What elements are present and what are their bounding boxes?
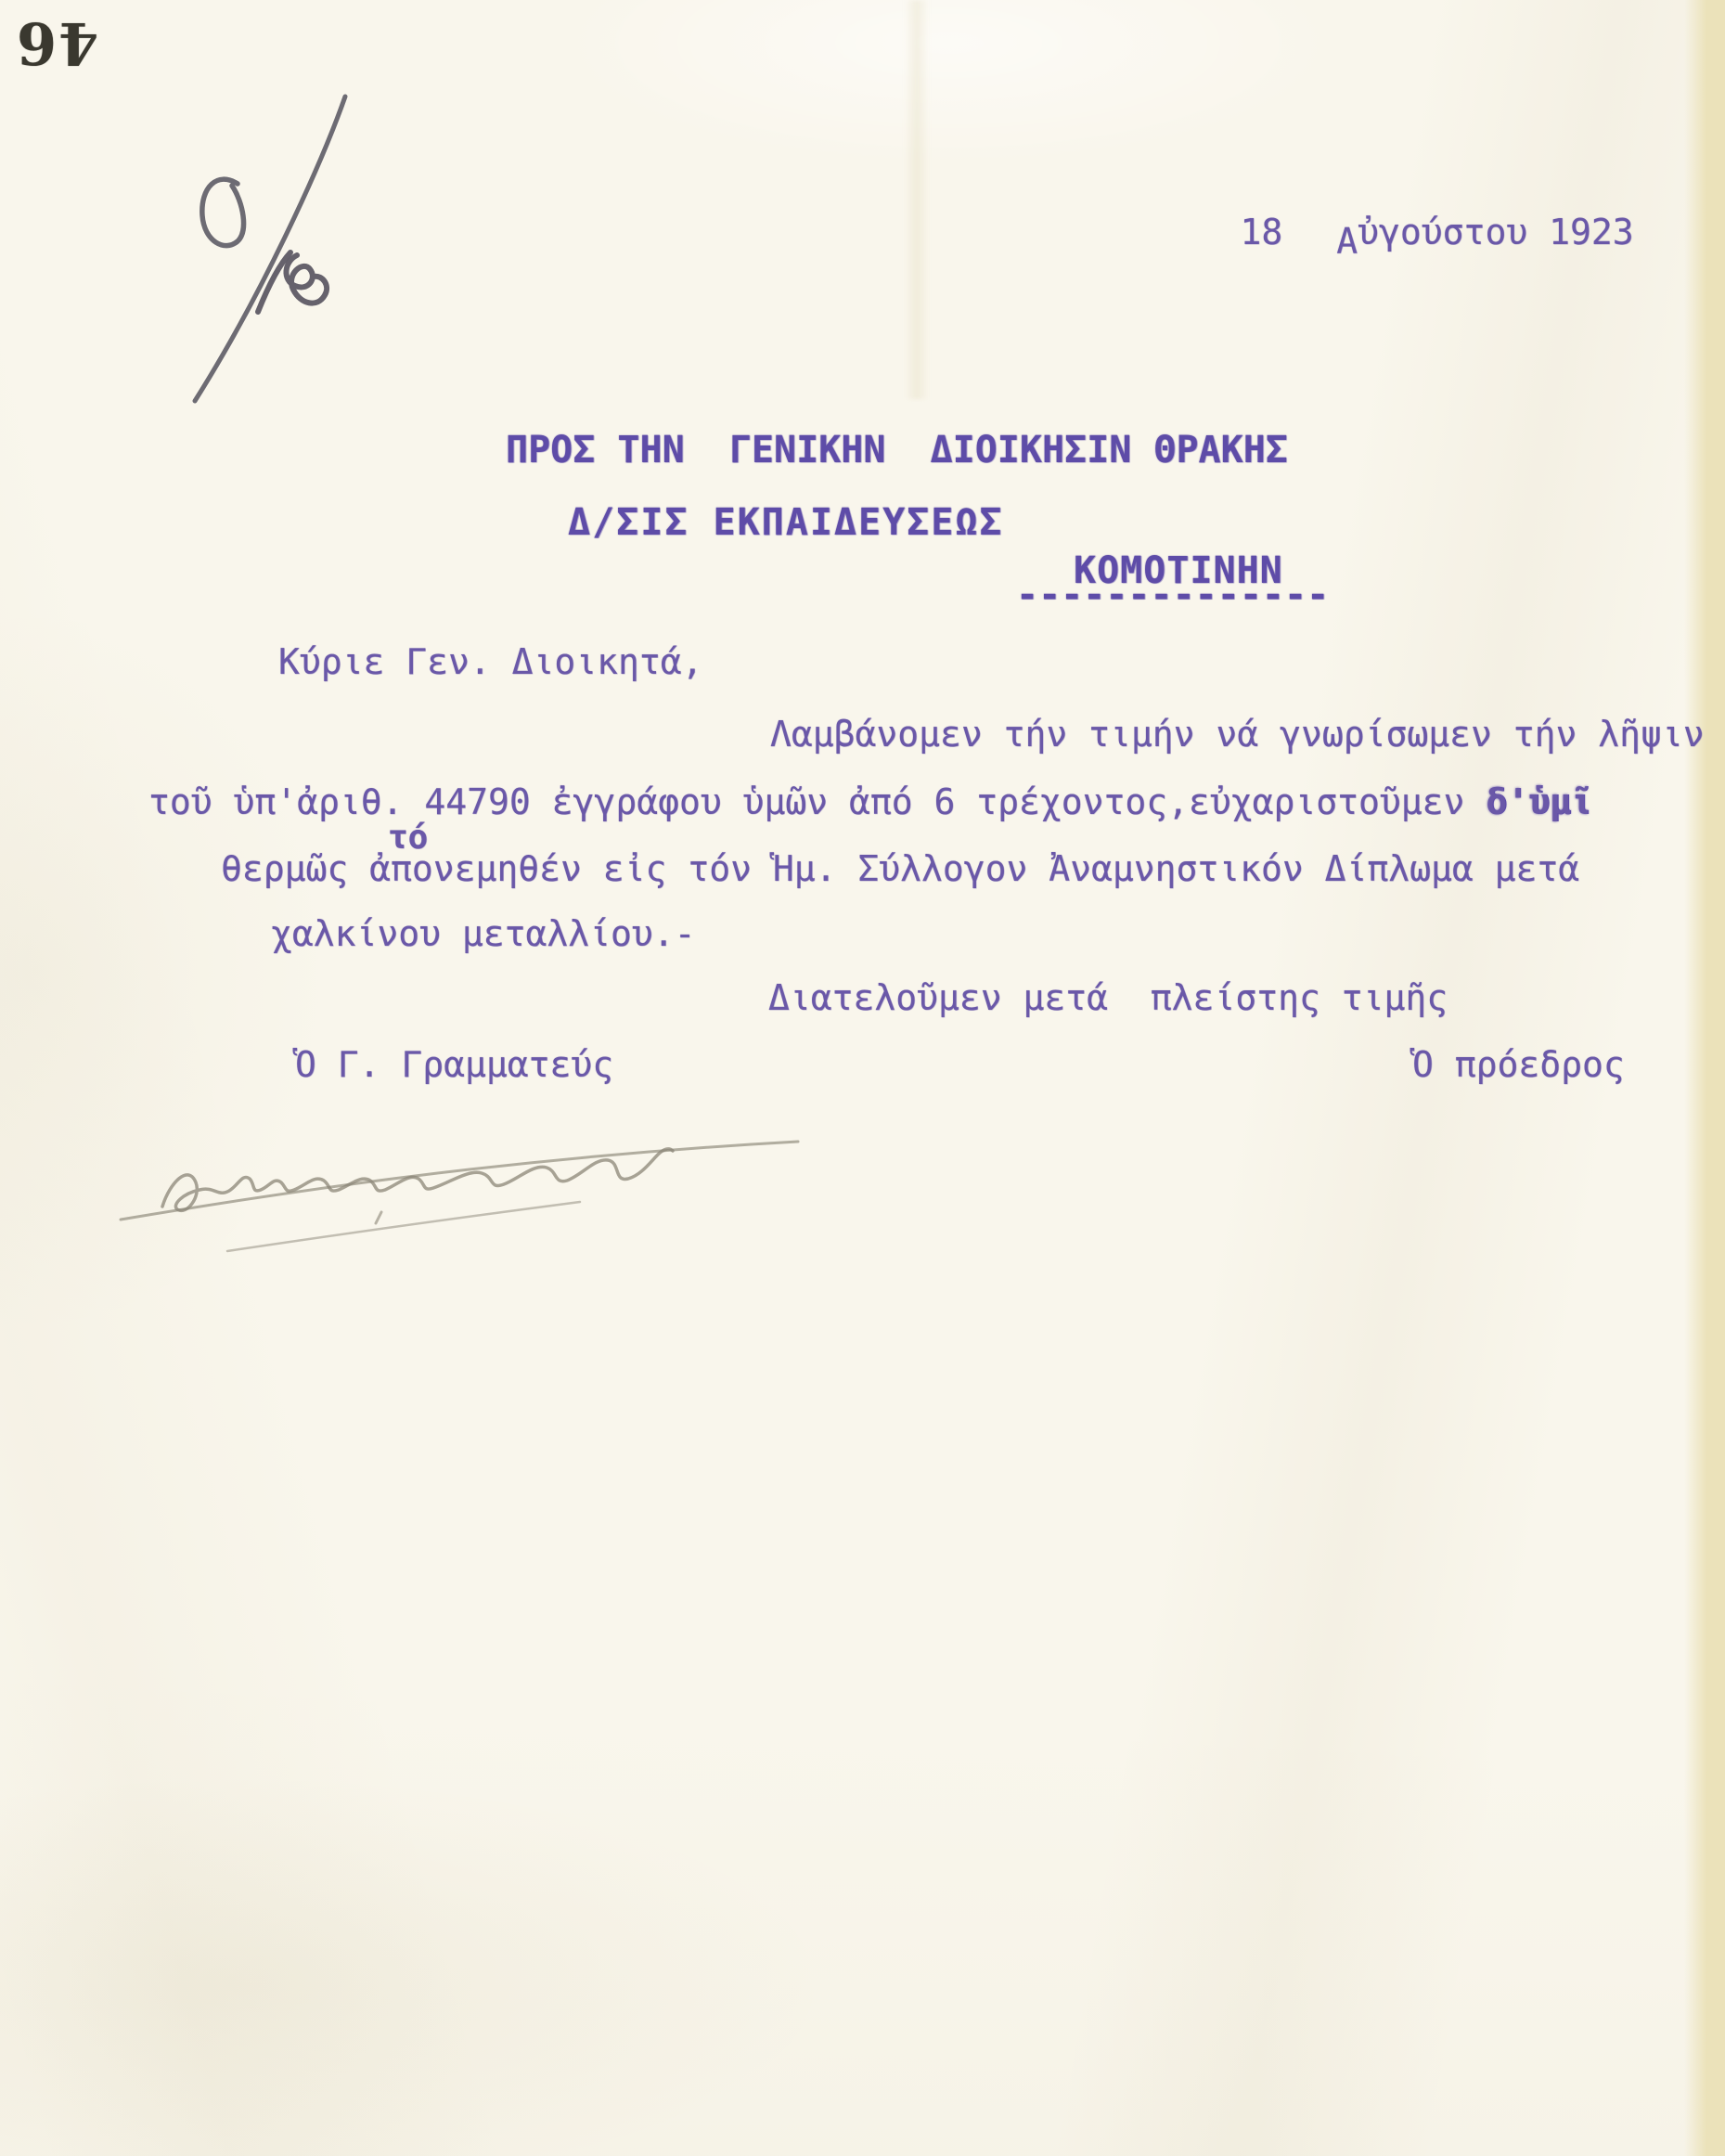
paper-crease xyxy=(905,0,929,399)
page-number-stamp: 46 xyxy=(15,9,98,77)
closing-line: Διατελοῦμεν μετά πλείστης τιμῆς xyxy=(768,978,1448,1019)
body-line-2-text: τοῦ ὑπ'ἀριθ. 44790 ἐγγράφου ὑμῶν ἀπό 6 τ… xyxy=(148,781,1486,822)
date-line: 18Αὐγούστου 1923 xyxy=(1155,172,1634,293)
page-edge-strip xyxy=(1684,0,1725,2156)
recipient-line-1: ΠΡΟΣ ΤΗΝ ΓΕΝΙΚΗΝ ΔΙΟΙΚΗΣΙΝ ΘΡΑΚΗΣ xyxy=(506,429,1288,471)
body-line-4: χαλκίνου μεταλλίου.- xyxy=(271,914,696,955)
archival-pencil-note xyxy=(139,65,473,436)
date-year: 1923 xyxy=(1549,212,1634,252)
body-line-3: θερμῶς ἀπονεμηθέν εἰς τόν Ἡμ. Σύλλογον Ἀ… xyxy=(221,849,1579,890)
date-day: 18 xyxy=(1241,212,1283,252)
body-line-2-overstrike: δ'ὑμῖ xyxy=(1486,781,1591,822)
date-month-initial: Α xyxy=(1336,221,1358,262)
secretary-title: Ὁ Γ. Γραμματεύς xyxy=(295,1045,613,1086)
president-title: Ὁ πρόεδρος xyxy=(1412,1045,1625,1086)
date-month: ὐγούστου xyxy=(1358,212,1527,252)
handwritten-signature xyxy=(97,1104,830,1281)
body-line-2: τοῦ ὑπ'ἀριθ. 44790 ἐγγράφου ὑμῶν ἀπό 6 τ… xyxy=(148,782,1592,823)
salutation: Κύριε Γεν. Διοικητά, xyxy=(278,642,703,683)
body-line-1: Λαμβάνομεν τήν τιμήν νά γνωρίσωμεν τήν λ… xyxy=(770,715,1705,755)
city-underline-dashes: -------------- xyxy=(1016,574,1329,616)
recipient-line-2: Δ/ΣΙΣ ΕΚΠΑΙΔΕΥΣΕΩΣ xyxy=(568,501,1003,544)
scanned-letter-page: 46 18Αὐγούστου 1923 ΠΡΟΣ ΤΗΝ ΓΕΝΙΚΗΝ ΔΙΟ… xyxy=(0,0,1725,2156)
